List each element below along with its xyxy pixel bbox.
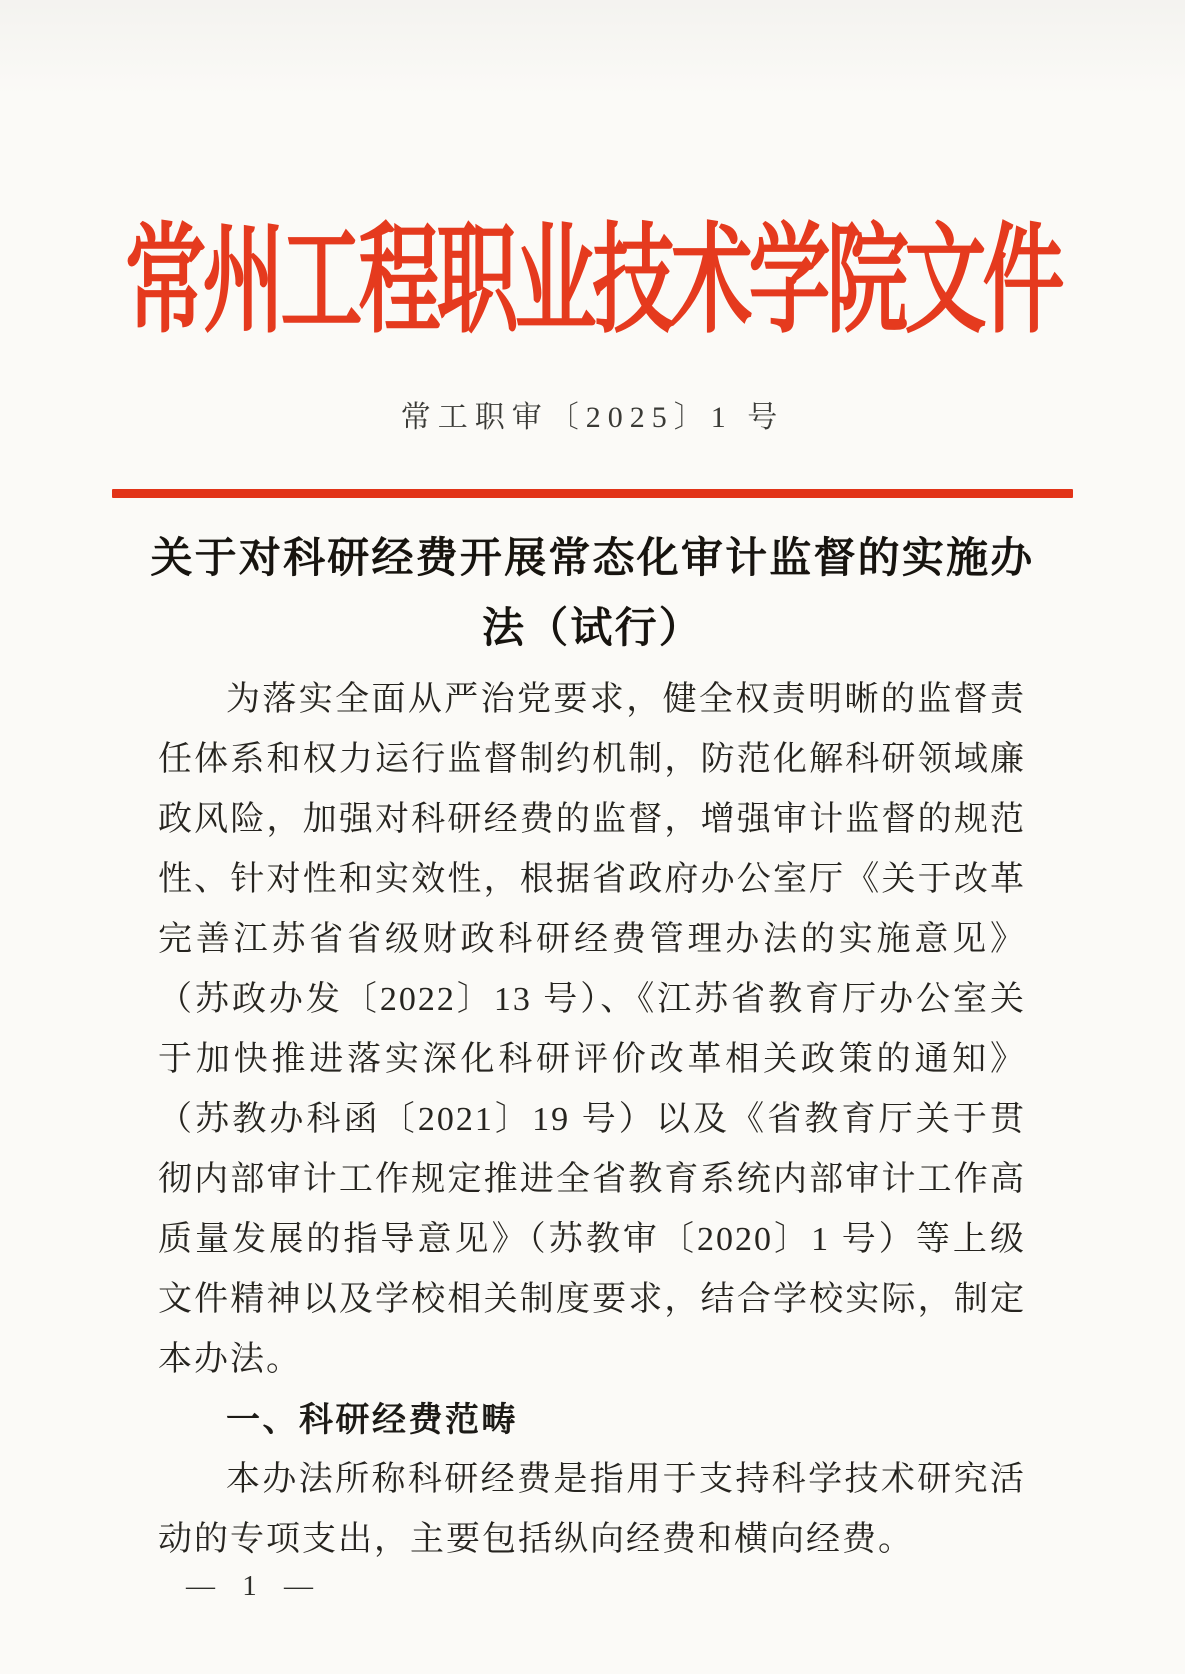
red-divider-rule [112,489,1073,498]
document-title: 关于对科研经费开展常态化审计监督的实施办法（试行） [147,524,1039,664]
scan-shading [0,0,1185,120]
org-header-title: 常州工程职业技术学院文件 [124,186,1060,356]
document-page: 常州工程职业技术学院文件 常工职审〔2025〕1 号 关于对科研经费开展常态化审… [0,0,1185,1674]
page-number: — 1 — [186,1570,315,1603]
section-heading-1: 一、科研经费范畴 [158,1390,1026,1450]
paragraph-preamble: 为落实全面从严治党要求，健全权责明晰的监督责任体系和权力运行监督制约机制，防范化… [158,670,1026,1390]
doc-number: 常工职审〔2025〕1 号 [0,392,1185,436]
red-letterhead: 常州工程职业技术学院文件 [0,186,1185,303]
paragraph-scope: 本办法所称科研经费是指用于支持科学技术研究活动的专项支出，主要包括纵向经费和横向… [158,1450,1026,1570]
document-body: 为落实全面从严治党要求，健全权责明晰的监督责任体系和权力运行监督制约机制，防范化… [158,670,1026,1570]
